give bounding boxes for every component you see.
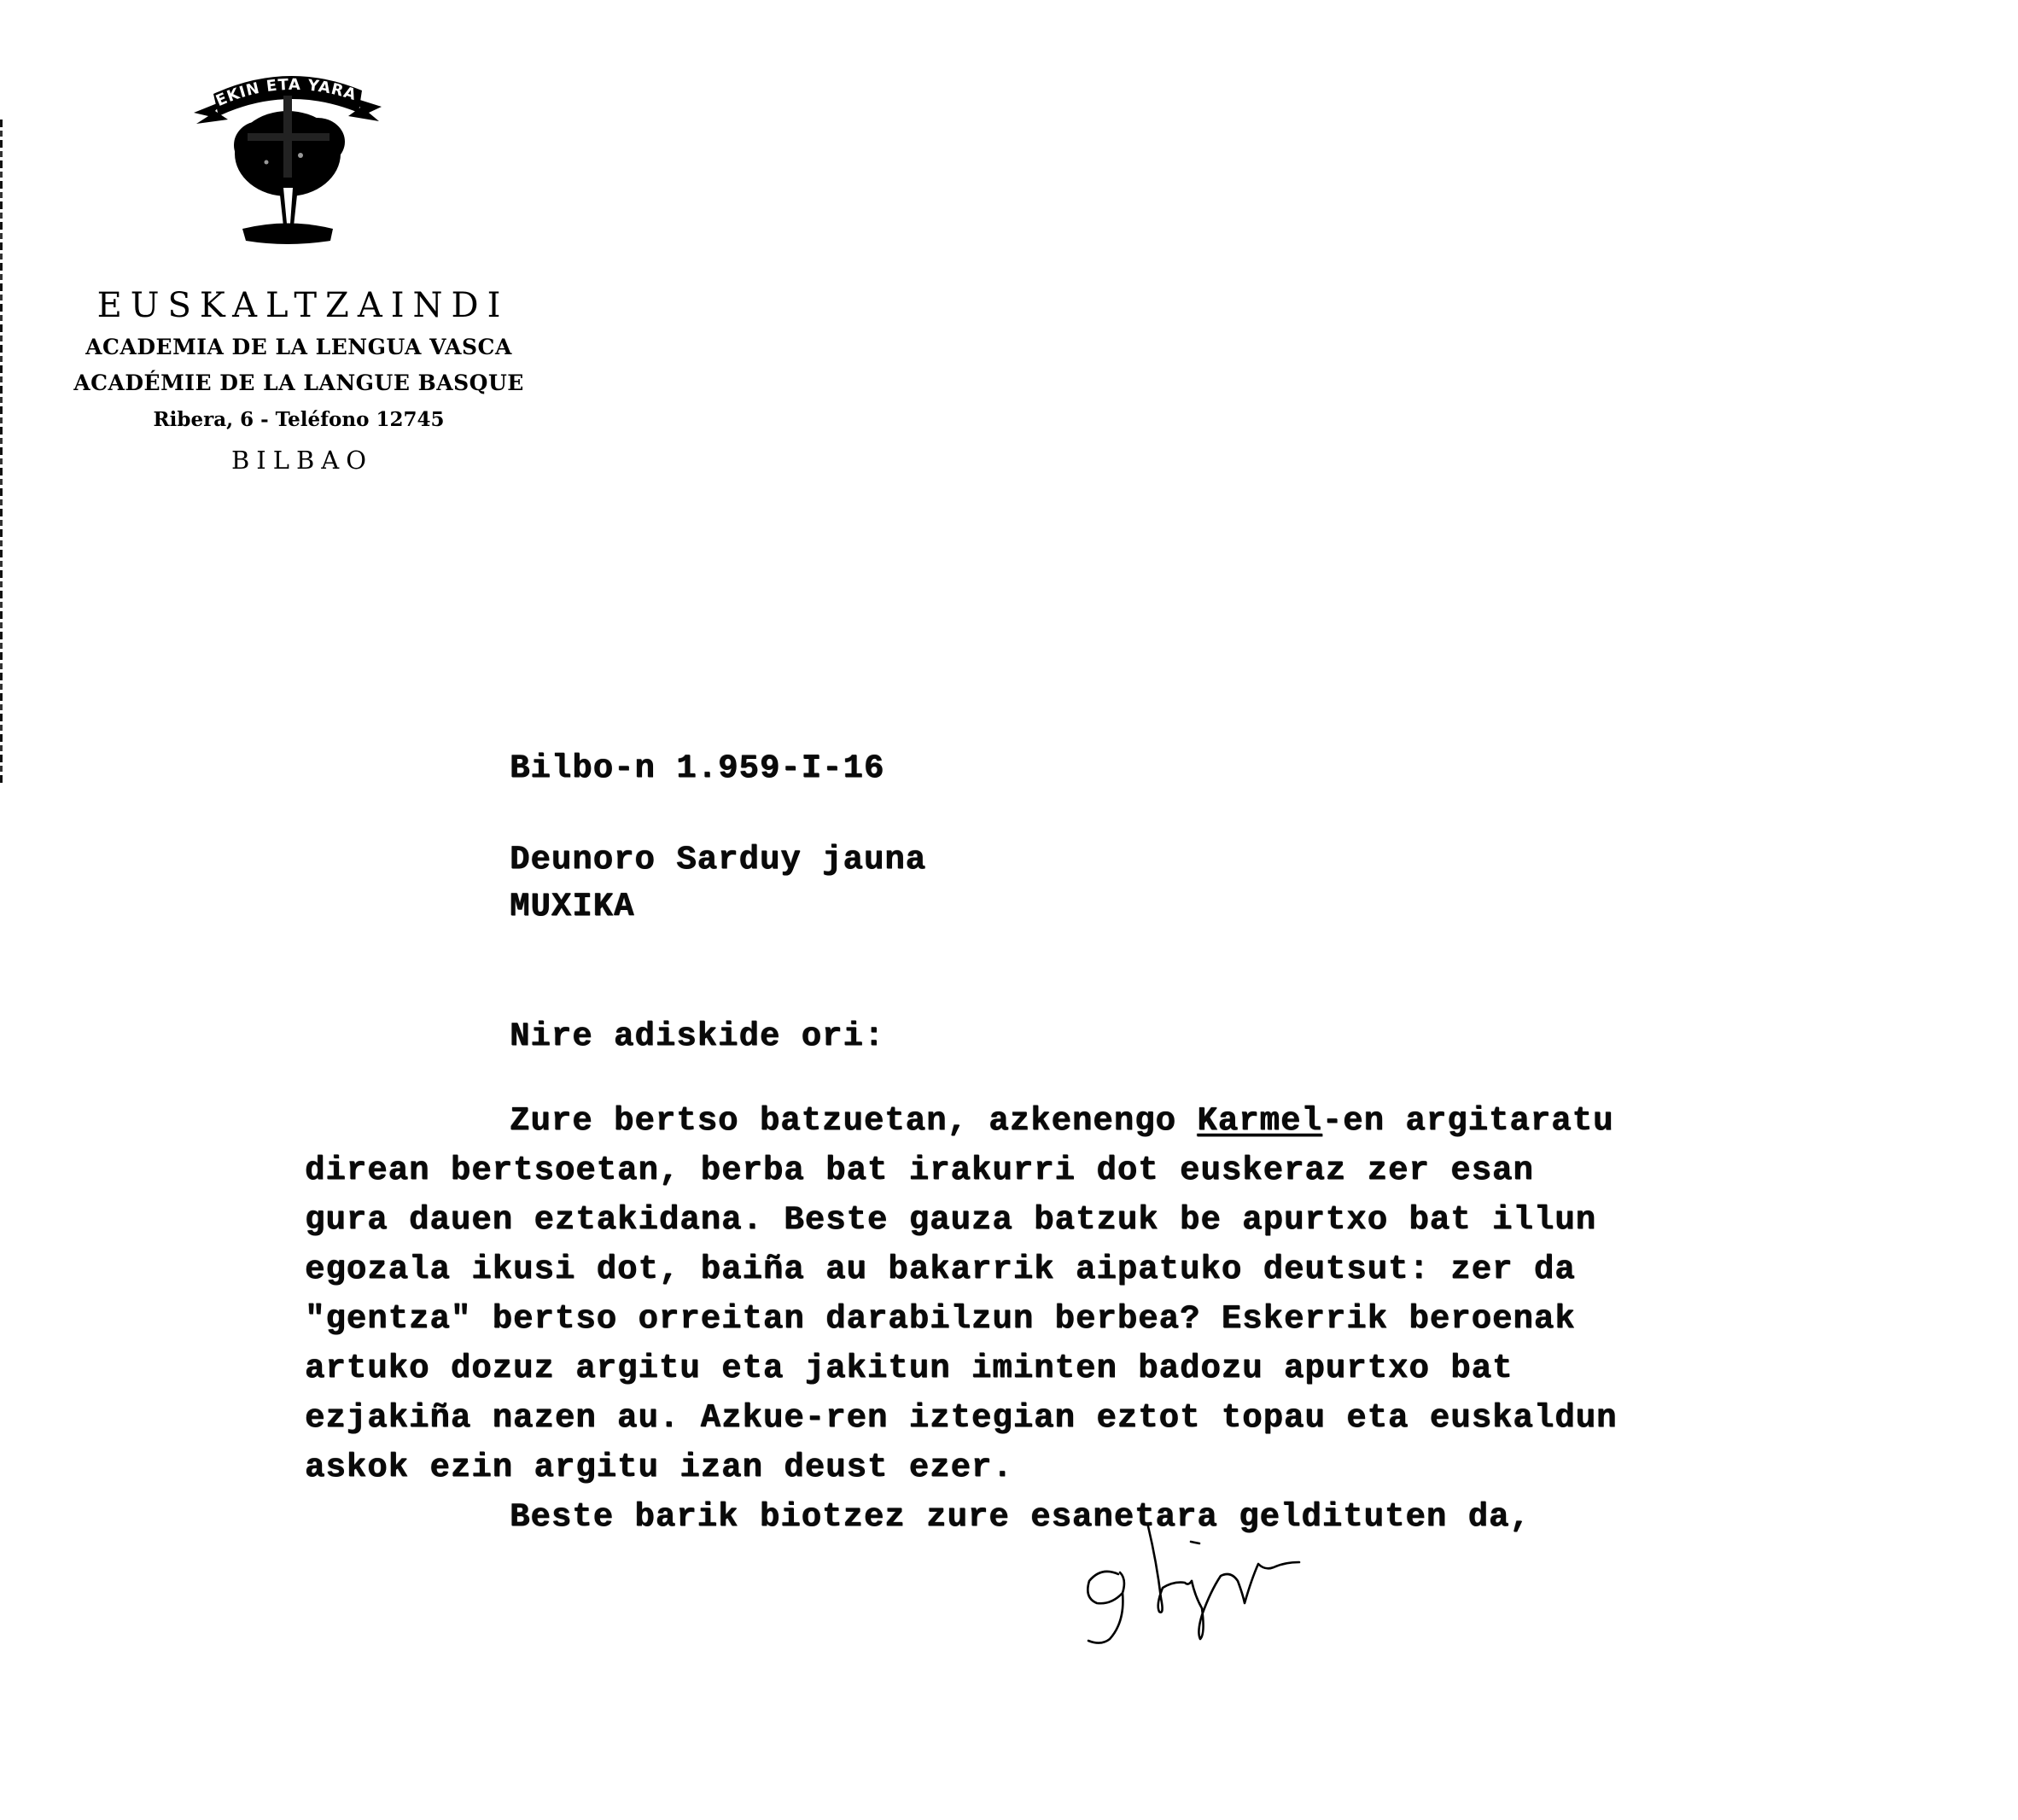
salutation: Nire adiskide ori: (510, 1018, 884, 1055)
underlined-title-karmel: Karmel (1197, 1102, 1321, 1140)
body-text: Zure bertso batzuetan, azkenengo (510, 1102, 1197, 1140)
scan-edge-mark (0, 120, 3, 785)
body-line: Zure bertso batzuetan, azkenengo Karmel-… (305, 1100, 1617, 1149)
oak-tree-emblem-icon: EKIN ETA YARAI (190, 60, 386, 252)
handwritten-signature (1050, 1520, 1306, 1656)
body-line: gura dauen eztakidana. Beste gauza batzu… (305, 1199, 1617, 1248)
letter-date: Bilbo-n 1.959-I-16 (510, 750, 884, 787)
body-line: artuko dozuz argitu eta jakitun iminten … (305, 1347, 1617, 1397)
addressee-name: Deunoro Sarduy jauna (510, 841, 926, 878)
organization-address: Ribera, 6 - Teléfono 12745 (60, 401, 538, 439)
body-line: ezjakiña nazen au. Azkue-ren iztegian ez… (305, 1397, 1617, 1446)
organization-subtitle-french: ACADÉMIE DE LA LANGUE BASQUE (60, 365, 538, 401)
body-line: egozala ikusi dot, baiña au bakarrik aip… (305, 1248, 1617, 1298)
organization-subtitle-spanish: ACADEMIA DE LA LENGUA VASCA (60, 330, 538, 365)
body-line: "gentza" bertso orreitan darabilzun berb… (305, 1298, 1617, 1347)
closing-line: Beste barik biotzez zure esanetara geldi… (305, 1496, 1617, 1545)
organization-city: BILBAO (67, 439, 538, 481)
letter-body: Zure bertso batzuetan, azkenengo Karmel-… (305, 1100, 1617, 1545)
organization-name: EUSKALTZAINDI (68, 282, 538, 330)
addressee-place: MUXIKA (510, 888, 634, 925)
body-line: askok ezin argitu izan deust ezer. (305, 1446, 1617, 1496)
body-line: direan bertsoetan, berba bat irakurri do… (305, 1149, 1617, 1199)
body-text: -en argitaratu (1322, 1102, 1614, 1140)
letterhead: EUSKALTZAINDI ACADEMIA DE LA LENGUA VASC… (60, 282, 538, 481)
